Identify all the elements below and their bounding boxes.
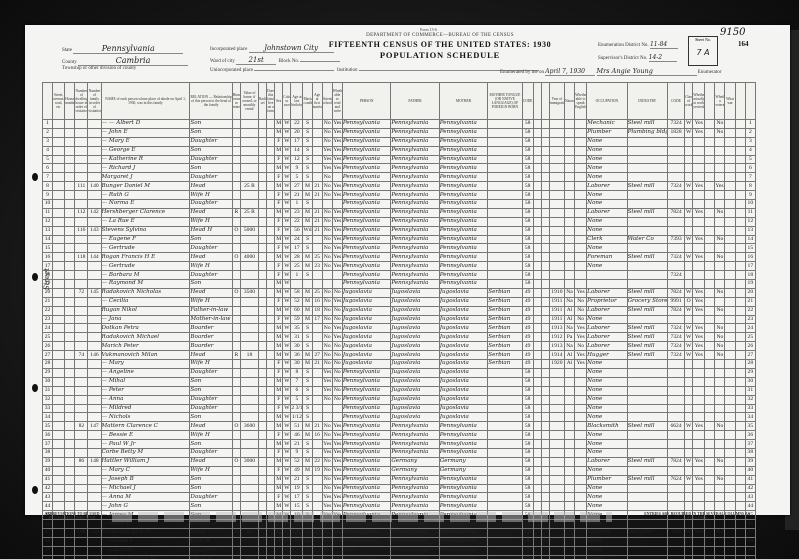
cell-owned xyxy=(232,395,240,404)
cell-family xyxy=(88,448,101,457)
cell-marital: S xyxy=(303,342,312,351)
cell-name: — Gertrude xyxy=(101,244,190,253)
cell-icode xyxy=(667,413,684,422)
cell-vet xyxy=(715,146,725,155)
cell-value xyxy=(240,431,258,440)
cell-value xyxy=(240,200,258,209)
cell-name: — Cecilia xyxy=(101,297,190,306)
enumerated-by: Enumerated by me on April 7, 1930 Mrs An… xyxy=(500,67,721,76)
cell-nat xyxy=(564,475,574,484)
cell-nat xyxy=(564,280,574,289)
cell-imm xyxy=(549,217,564,226)
cell-industry xyxy=(627,164,667,173)
table-row: 49— LaurettaDaughterFW3 1/12SNoOhioPenns… xyxy=(43,546,756,555)
cell-cls xyxy=(685,360,693,369)
cell-sex: M xyxy=(275,306,283,315)
cell-industry xyxy=(627,271,667,280)
cell-sex: F xyxy=(275,537,283,546)
state-value: Pennsylvania xyxy=(73,44,183,54)
table-row: 44— John GSonMW15SYesYesPennsylvaniaPenn… xyxy=(43,502,756,511)
cell-name: Rugan Nikol xyxy=(101,306,190,315)
cell-father: Jugoslavia xyxy=(391,324,439,333)
col-radio: Radio set xyxy=(259,83,267,120)
cell-vet: No xyxy=(715,288,725,297)
cell-marital: S xyxy=(303,235,312,244)
cell-nat: Na xyxy=(564,324,574,333)
cell-nat xyxy=(564,386,574,395)
cell-age: 31 xyxy=(291,333,303,342)
cell-race: W xyxy=(283,502,291,511)
cell-relation: Daughter xyxy=(190,493,232,502)
table-row: 17— GertrudeWife HFW25M23NoYesPennsylvan… xyxy=(43,262,756,271)
cell-imm xyxy=(549,244,564,253)
cell-amar xyxy=(312,386,322,395)
cell-owned xyxy=(232,502,240,511)
cell-eng xyxy=(575,448,587,457)
cell-dwelling xyxy=(75,448,88,457)
cell-relation: Wife H xyxy=(190,431,232,440)
cell-amar: 22 xyxy=(312,457,322,466)
cell-owned xyxy=(232,342,240,351)
cell-icode xyxy=(667,537,684,546)
cell-name: — Jana xyxy=(101,315,190,324)
cell-cls: W xyxy=(685,235,693,244)
cell-cls xyxy=(685,440,693,449)
cell-family: 147 xyxy=(88,422,101,431)
cell-father: Jugoslavia xyxy=(391,351,439,360)
cell-amar: 27 xyxy=(312,351,322,360)
cell-owned xyxy=(232,200,240,209)
cell-nat xyxy=(564,440,574,449)
cell-cls xyxy=(685,262,693,271)
table-row: 8111140Bunger Daniel MHead25 RMW27M21NoY… xyxy=(43,182,756,191)
cell-code: 58 xyxy=(522,377,533,386)
cell-marital: M xyxy=(303,528,312,537)
cell-relation: Daughter xyxy=(190,271,232,280)
cell-birth: Jugoslavia xyxy=(342,297,390,306)
cell-relation: Wife H xyxy=(190,537,232,546)
cell-occupation: None xyxy=(587,537,627,546)
cell-tongue xyxy=(488,413,522,422)
cell-code: 49 xyxy=(522,342,533,351)
cell-father: Jugoslavia xyxy=(391,306,439,315)
cell-dwelling xyxy=(75,128,88,137)
cell-value: 24 xyxy=(240,528,258,537)
cell-dwelling: 82 xyxy=(75,422,88,431)
cell-work xyxy=(693,191,705,200)
cell-imm xyxy=(549,413,564,422)
cell-name: — Nichols xyxy=(101,413,190,422)
cell-dwelling xyxy=(75,164,88,173)
cell-line: 24 xyxy=(43,324,53,333)
cell-school: No xyxy=(322,128,332,137)
cell-owned: O xyxy=(232,253,240,262)
cell-relation: Son xyxy=(190,235,232,244)
cell-line: 17 xyxy=(745,262,755,271)
cell-eng xyxy=(575,155,587,164)
col-school: Attended school xyxy=(322,83,332,120)
cell-read: Yes xyxy=(332,457,342,466)
cell-amar: 16 xyxy=(312,431,322,440)
cell-amar xyxy=(312,235,322,244)
cell-dwelling: 100 xyxy=(75,528,88,537)
cell-family xyxy=(88,333,101,342)
cell-icode xyxy=(667,440,684,449)
cell-age: 17 xyxy=(291,493,303,502)
cell-value xyxy=(240,333,258,342)
cell-age: 9 xyxy=(291,448,303,457)
cell-line: 13 xyxy=(43,226,53,235)
cell-vet xyxy=(715,297,725,306)
cell-code: 58 xyxy=(522,253,533,262)
block-value xyxy=(300,61,340,62)
cell-father: Jugoslavia xyxy=(391,288,439,297)
cell-amar xyxy=(312,413,322,422)
cell-marital: Wd xyxy=(303,226,312,235)
cell-age: 56 xyxy=(291,226,303,235)
cell-line: 2 xyxy=(745,128,755,137)
cell-birth: Pennsylvania xyxy=(342,280,390,289)
cell-occupation: None xyxy=(587,431,627,440)
cell-occupation: Proprietor xyxy=(587,297,627,306)
cell-industry xyxy=(627,448,667,457)
cell-birth: Pennsylvania xyxy=(342,120,390,129)
cell-school: No xyxy=(322,431,332,440)
cell-code: 49 xyxy=(522,324,533,333)
state-field: State Pennsylvania xyxy=(62,44,183,54)
cell-family: 144 xyxy=(88,253,101,262)
cell-vet xyxy=(715,413,725,422)
cell-nat xyxy=(564,217,574,226)
cell-school: Yes xyxy=(322,377,332,386)
cell-code: 58 xyxy=(522,431,533,440)
cell-code: 58 xyxy=(522,475,533,484)
col-immigration: Year of immigration xyxy=(549,83,564,120)
cell-line: 38 xyxy=(43,448,53,457)
cell-eng xyxy=(575,164,587,173)
cell-nat xyxy=(564,262,574,271)
cell-relation: Boarder xyxy=(190,324,232,333)
cell-name: — John E xyxy=(101,128,190,137)
cell-age: 9 xyxy=(291,164,303,173)
cell-cls: W xyxy=(685,528,693,537)
cell-school: No xyxy=(322,351,332,360)
cell-imm: 1912 xyxy=(549,333,564,342)
cell-line: 20 xyxy=(745,288,755,297)
cell-dwelling xyxy=(75,137,88,146)
cell-dwelling xyxy=(75,386,88,395)
cell-cls: W xyxy=(685,208,693,217)
cell-marital: M xyxy=(303,351,312,360)
cell-nat: Pa xyxy=(564,333,574,342)
cell-race: W xyxy=(283,342,291,351)
cell-eng xyxy=(575,200,587,209)
cell-age: 52 xyxy=(291,457,303,466)
cell-nat xyxy=(564,466,574,475)
cell-vet xyxy=(715,280,725,289)
cell-race: W xyxy=(283,288,291,297)
cell-icode xyxy=(667,377,684,386)
cell-cls xyxy=(685,280,693,289)
cell-line: 3 xyxy=(745,137,755,146)
ward-field: Ward of city 21st Block No. xyxy=(210,56,340,65)
cell-birth: Pennsylvania xyxy=(342,368,390,377)
cell-line: 23 xyxy=(745,315,755,324)
cell-line: 39 xyxy=(43,457,53,466)
cell-vet: No xyxy=(715,324,725,333)
cell-imm xyxy=(549,457,564,466)
cell-birth: Pennsylvania xyxy=(342,137,390,146)
cell-work xyxy=(693,315,705,324)
cell-name: Dotkan Petra xyxy=(101,324,190,333)
cell-line: 39 xyxy=(745,457,755,466)
cell-relation: Son xyxy=(190,502,232,511)
cell-birth: Pennsylvania xyxy=(342,155,390,164)
cell-occupation: None xyxy=(587,244,627,253)
cell-vet xyxy=(715,164,725,173)
cell-value xyxy=(240,155,258,164)
cell-birth: Pennsylvania xyxy=(342,457,390,466)
table-row: 12— La Rue EWife HFW22M21NoYesPennsylvan… xyxy=(43,217,756,226)
cell-name: Stevens Sylvina xyxy=(101,226,190,235)
cell-family xyxy=(88,137,101,146)
cell-school: No xyxy=(322,333,332,342)
cell-work xyxy=(693,146,705,155)
cell-line: 21 xyxy=(745,297,755,306)
cell-work xyxy=(693,466,705,475)
cell-eng xyxy=(575,555,587,559)
col-farm: Does this family live on a farm? xyxy=(267,83,275,120)
cell-family xyxy=(88,191,101,200)
cell-eng xyxy=(575,208,587,217)
col-class-worker: Class of worker xyxy=(685,83,693,120)
cell-read: No xyxy=(332,377,342,386)
cell-tongue xyxy=(488,155,522,164)
cell-sex: M xyxy=(275,333,283,342)
cell-code: 49 xyxy=(522,351,533,360)
cell-work xyxy=(693,502,705,511)
cell-line: 26 xyxy=(745,342,755,351)
cell-read xyxy=(332,546,342,555)
cell-work: Yes xyxy=(693,475,705,484)
cell-relation: Boarder xyxy=(190,333,232,342)
cell-relation: Daughter xyxy=(190,546,232,555)
cell-occupation: None xyxy=(587,466,627,475)
cell-read: Yes xyxy=(332,128,342,137)
cell-icode: 7324 xyxy=(667,120,684,129)
cell-relation: Head xyxy=(190,351,232,360)
cell-cls: W xyxy=(685,342,693,351)
cell-father: Pennsylvania xyxy=(391,173,439,182)
cell-marital: S xyxy=(303,173,312,182)
cell-read: No xyxy=(332,368,342,377)
cell-industry: Steel mill xyxy=(627,351,667,360)
cell-school: Yes xyxy=(322,368,332,377)
cell-school: No xyxy=(322,208,332,217)
cell-owned xyxy=(232,182,240,191)
cell-age: 12 xyxy=(291,155,303,164)
cell-amar xyxy=(312,128,322,137)
cell-work xyxy=(693,555,705,559)
table-row: 3582147Mattern Clarence CHeadO3600MW51M2… xyxy=(43,422,756,431)
cell-read: No xyxy=(332,386,342,395)
cell-age: 21 xyxy=(291,475,303,484)
cell-father: Pennsylvania xyxy=(391,271,439,280)
cell-family xyxy=(88,440,101,449)
cell-value: 2000 xyxy=(240,555,258,559)
cell-mother: Jugoslavia xyxy=(439,360,487,369)
cell-school: No xyxy=(322,182,332,191)
supervisor-district: Supervisor's District No. 14-2 xyxy=(598,54,677,62)
cell-imm xyxy=(549,200,564,209)
cell-icode xyxy=(667,404,684,413)
cell-imm: 1910 xyxy=(549,288,564,297)
cell-imm xyxy=(549,120,564,129)
cell-work: Yes xyxy=(693,422,705,431)
stamp-number: 9150 xyxy=(720,27,745,38)
cell-marital: S xyxy=(303,271,312,280)
cell-school: No xyxy=(322,395,332,404)
cell-read: Yes xyxy=(332,297,342,306)
col-code: CODE xyxy=(522,83,533,120)
cell-cls xyxy=(685,404,693,413)
cell-sex: F xyxy=(275,191,283,200)
cell-line: 44 xyxy=(745,502,755,511)
cell-work: Yes xyxy=(693,306,705,315)
cell-amar xyxy=(312,475,322,484)
table-row: 42— Michael JSonMW19SNoYesPennsylvaniaPe… xyxy=(43,484,756,493)
cell-value xyxy=(240,164,258,173)
cell-tongue xyxy=(488,528,522,537)
cell-relation: Daughter xyxy=(190,395,232,404)
cell-vet xyxy=(715,244,725,253)
cell-name: — Katherine R xyxy=(101,155,190,164)
cell-race: W xyxy=(283,226,291,235)
cell-read: Yes xyxy=(332,191,342,200)
cell-line: 11 xyxy=(745,208,755,217)
cell-line: 9 xyxy=(43,191,53,200)
cell-read: Yes xyxy=(332,333,342,342)
cell-read: Yes xyxy=(332,120,342,129)
cell-occupation: Mechanic xyxy=(587,120,627,129)
cell-relation: Head xyxy=(190,528,232,537)
cell-age: 59 xyxy=(291,315,303,324)
cell-age: 28 xyxy=(291,253,303,262)
cell-relation: Son xyxy=(190,164,232,173)
col-age: Age at last birthday xyxy=(291,83,303,120)
cell-code: 58 xyxy=(522,235,533,244)
cell-birth: Pennsylvania xyxy=(342,386,390,395)
cell-tongue xyxy=(488,484,522,493)
cell-occupation: None xyxy=(587,137,627,146)
cell-code: 58 xyxy=(522,413,533,422)
cell-age: 35 xyxy=(291,324,303,333)
cell-nat xyxy=(564,502,574,511)
cell-work xyxy=(693,484,705,493)
cell-relation: Daughter xyxy=(190,173,232,182)
cell-marital: S xyxy=(303,324,312,333)
cell-eng xyxy=(575,404,587,413)
department-title: DEPARTMENT OF COMMERCE—BUREAU OF THE CEN… xyxy=(290,33,590,38)
cell-sex: F xyxy=(275,431,283,440)
cell-school: No xyxy=(322,297,332,306)
cell-tongue xyxy=(488,386,522,395)
cell-industry: Steel mill xyxy=(627,120,667,129)
cell-dwelling xyxy=(75,546,88,555)
cell-marital: S xyxy=(303,146,312,155)
cell-cls xyxy=(685,226,693,235)
col-occupation: OCCUPATION xyxy=(587,83,627,120)
cell-cls: W xyxy=(685,324,693,333)
cell-family xyxy=(88,360,101,369)
cell-father: Germany xyxy=(391,457,439,466)
cell-cls xyxy=(685,386,693,395)
cell-work: Yes xyxy=(693,342,705,351)
cell-code: 58 xyxy=(522,173,533,182)
cell-read xyxy=(332,404,342,413)
cell-vet: No xyxy=(715,528,725,537)
cell-relation: Son xyxy=(190,386,232,395)
cell-mother: Germany xyxy=(439,466,487,475)
cell-name: Hershberger Clarence xyxy=(101,208,190,217)
cell-name: Radakovich Michael xyxy=(101,333,190,342)
cell-tongue xyxy=(488,208,522,217)
cell-imm xyxy=(549,271,564,280)
table-row: 14— Eugene FSonMW24SNoYesPennsylvaniaPen… xyxy=(43,235,756,244)
cell-mother: Pennsylvania xyxy=(439,120,487,129)
cell-dwelling xyxy=(75,191,88,200)
cell-value xyxy=(240,546,258,555)
cell-dwelling: 118 xyxy=(75,253,88,262)
cell-icode: 7324 xyxy=(667,342,684,351)
table-row: 10— Norma EDaughterFW1SPennsylvaniaPenns… xyxy=(43,200,756,209)
cell-value xyxy=(240,128,258,137)
cell-owned xyxy=(232,155,240,164)
cell-imm xyxy=(549,502,564,511)
cell-family xyxy=(88,395,101,404)
cell-value xyxy=(240,395,258,404)
cell-mother: Jugoslavia xyxy=(439,324,487,333)
cell-eng: Yes xyxy=(575,351,587,360)
cell-cls xyxy=(685,155,693,164)
cell-birth: Pennsylvania xyxy=(342,200,390,209)
table-row: 40— Mary CWife HFW49M19NoYesPennsylvania… xyxy=(43,466,756,475)
cell-marital: S xyxy=(303,448,312,457)
cell-imm xyxy=(549,422,564,431)
cell-line: 24 xyxy=(745,324,755,333)
cell-marital: M xyxy=(303,537,312,546)
cell-name: — Mihal xyxy=(101,377,190,386)
cell-industry xyxy=(627,173,667,182)
col-at-work: Whether actually at work yesterday xyxy=(693,83,705,120)
cell-imm xyxy=(549,546,564,555)
cell-industry xyxy=(627,413,667,422)
cell-nat xyxy=(564,182,574,191)
cell-dwelling xyxy=(75,280,88,289)
cell-relation: Son xyxy=(190,475,232,484)
cell-dwelling xyxy=(75,395,88,404)
cell-amar: 21 xyxy=(312,208,322,217)
cell-school: No xyxy=(322,528,332,537)
col-english: Whether able to speak English xyxy=(575,83,587,120)
cell-occupation: None xyxy=(587,448,627,457)
cell-nat xyxy=(564,377,574,386)
cell-age: 25 xyxy=(291,528,303,537)
cell-line: 34 xyxy=(745,413,755,422)
cell-cls xyxy=(685,413,693,422)
cell-name: — Gerald L xyxy=(101,537,190,546)
cell-age: 1 xyxy=(291,271,303,280)
